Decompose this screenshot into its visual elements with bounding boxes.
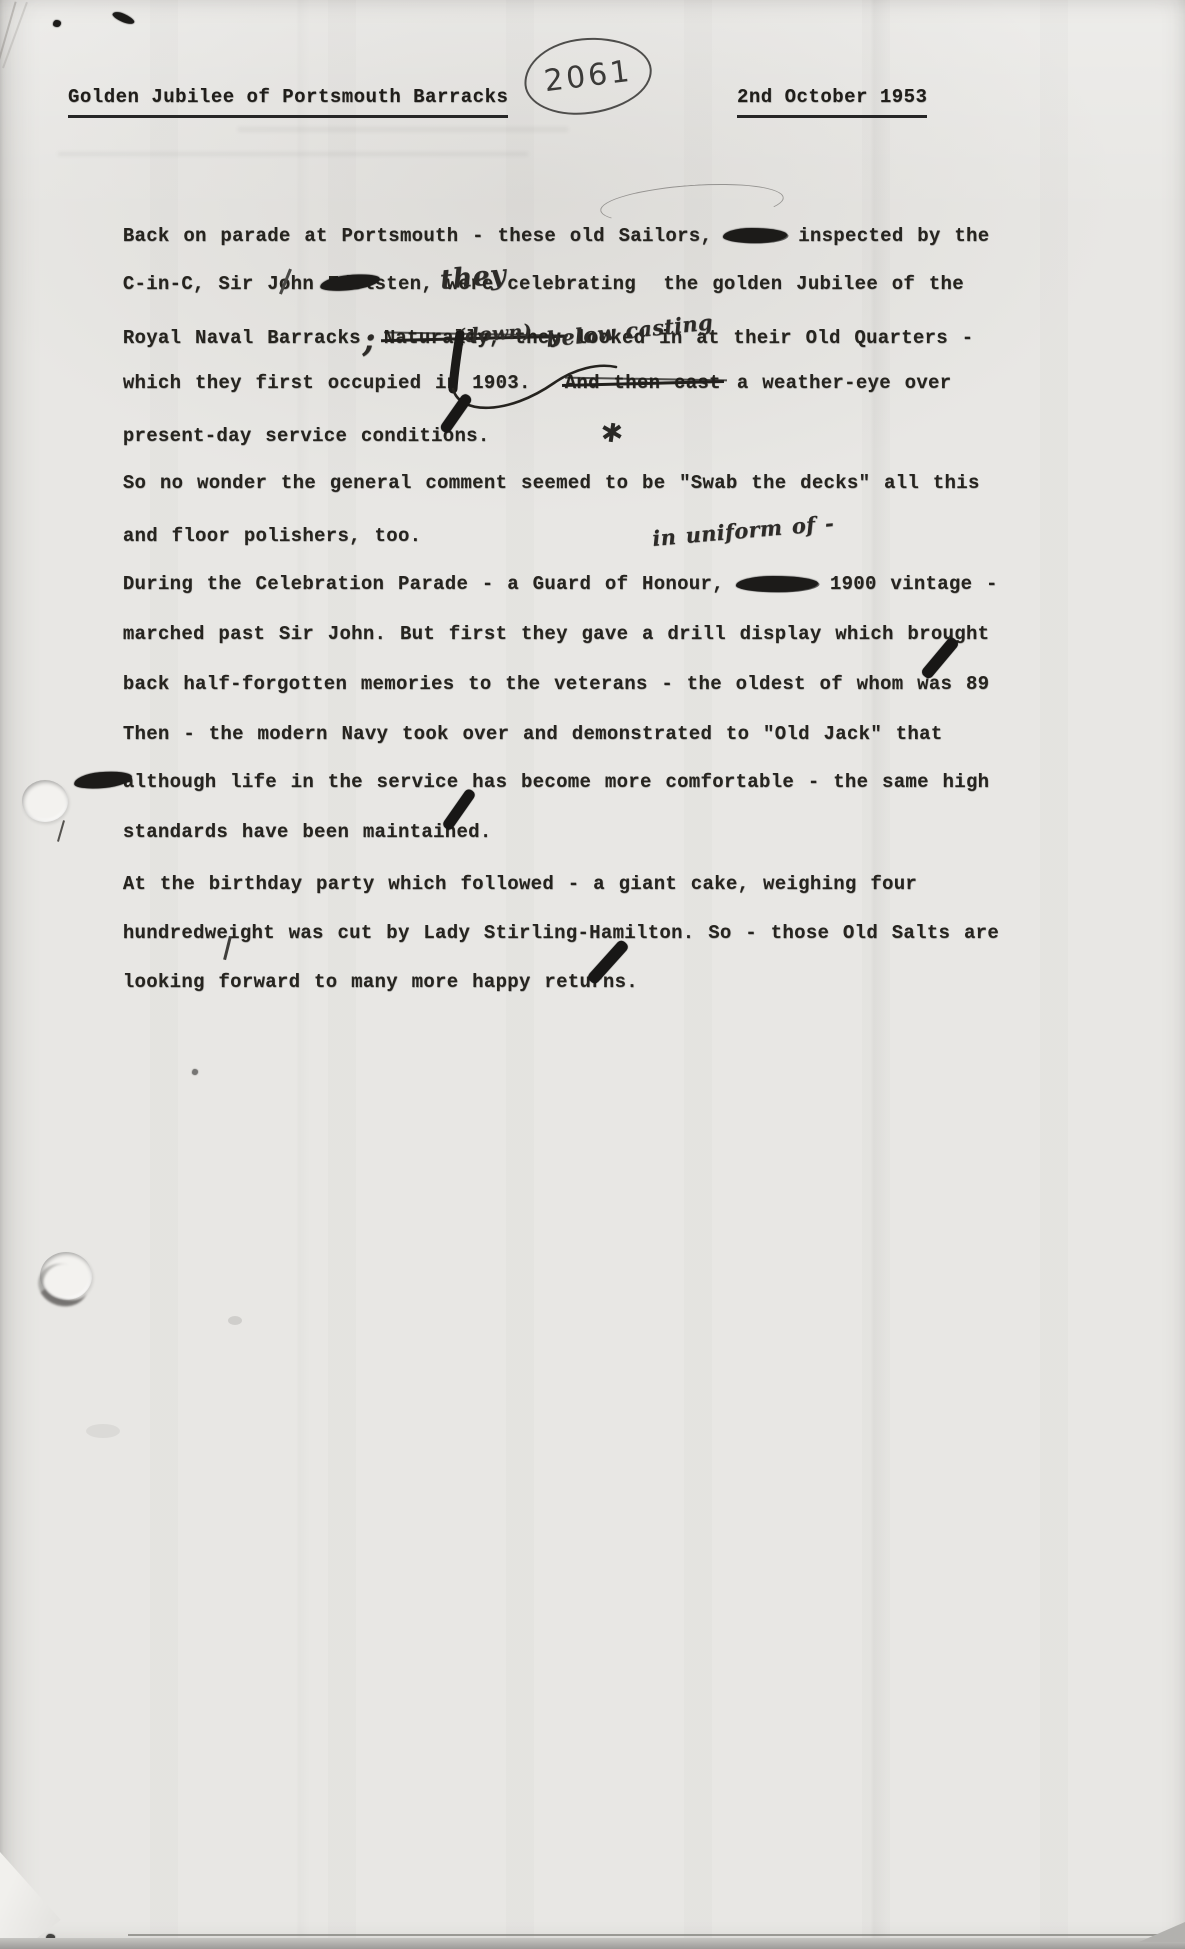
typed-text: Royal Naval Barracks xyxy=(123,327,361,349)
document-title: Golden Jubilee of Portsmouth Barracks xyxy=(68,86,508,118)
circled-page-number: 2061 xyxy=(521,33,655,120)
typed-text: inspected by the xyxy=(798,225,989,247)
punch-hole xyxy=(40,1252,92,1300)
typed-text: So no wonder the general comment seemed … xyxy=(123,472,980,494)
typed-text: standards have been maintained. xyxy=(123,821,492,843)
typed-text: 1900 vintage - xyxy=(830,573,998,595)
typed-text: back half-forgotten memories to the vete… xyxy=(123,673,990,695)
ink-blot xyxy=(600,421,624,444)
folded-corner xyxy=(0,1852,82,1949)
typed-text: C-in-C, Sir John Edelsten, were celebrat… xyxy=(123,273,964,295)
ink-scribble-deletion xyxy=(736,576,818,592)
page-edge-line xyxy=(128,1934,1185,1936)
corner-crease xyxy=(0,2,17,91)
page-corner-shadow xyxy=(1139,1922,1185,1942)
handwritten-insertion: they xyxy=(439,263,507,293)
typed-text: although life in the service has become … xyxy=(123,771,990,793)
ink-speck xyxy=(53,20,61,27)
bleedthrough-mark xyxy=(238,127,568,132)
typed-text: hundredweight was cut by Lady Stirling-H… xyxy=(123,922,999,944)
typed-text: Back on parade at Portsmouth - these old… xyxy=(123,225,712,247)
typed-text: At the birthday party which followed - a… xyxy=(123,873,917,895)
bleedthrough-mark xyxy=(58,152,528,156)
document-date: 2nd October 1953 xyxy=(737,86,927,118)
page-number-text: 2061 xyxy=(542,53,634,99)
typed-text: During the Celebration Parade - a Guard … xyxy=(123,573,724,595)
typed-text: and floor polishers, too. xyxy=(123,525,422,547)
paper-smudge xyxy=(228,1316,242,1325)
typed-text: Then - the modern Navy took over and dem… xyxy=(123,723,943,745)
typed-text: marched past Sir John. But first they ga… xyxy=(123,623,990,645)
pencil-oval-mark xyxy=(599,179,785,230)
pencil-tick-mark xyxy=(57,820,65,842)
typed-text: looking forward to many more happy retur… xyxy=(123,971,638,993)
page-bottom-edge xyxy=(0,1938,1185,1949)
paper-smudge xyxy=(86,1424,120,1438)
typed-text: a weather-eye over xyxy=(737,372,952,394)
punch-hole xyxy=(22,780,68,822)
ink-scribble-deletion xyxy=(723,228,787,243)
ink-dash-mark xyxy=(111,10,135,27)
typed-text: present-day service conditions. xyxy=(123,425,490,447)
script-line: looking forward to many more happy retur… xyxy=(68,946,638,1018)
scanned-document-page: Golden Jubilee of Portsmouth Barracks 2n… xyxy=(0,0,1185,1949)
ink-speck xyxy=(192,1069,198,1075)
